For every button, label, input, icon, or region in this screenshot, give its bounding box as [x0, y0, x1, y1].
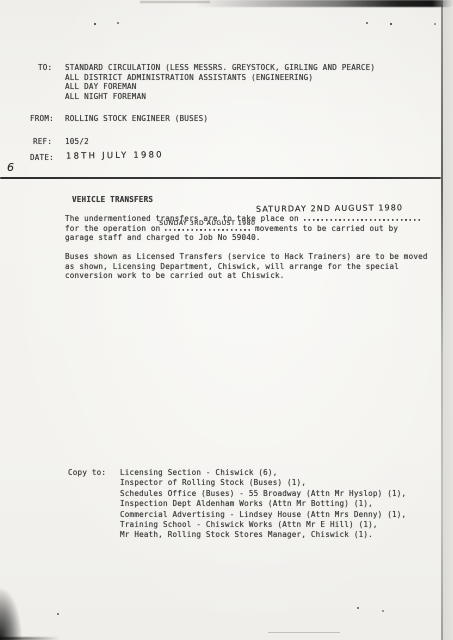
date-value-handwritten: 18TH JULY 1980	[66, 150, 164, 161]
memo-page: TO: STANDARD CIRCULATION (LESS MESSRS. G…	[0, 0, 453, 640]
scan-streak-bottom	[268, 632, 340, 633]
to-recipient-list: STANDARD CIRCULATION (LESS MESSRS. GREYS…	[65, 63, 375, 102]
copy-to-item: Inspection Dept Aldenham Works (Attn Mr …	[120, 499, 406, 509]
dotted-line-2: SUNDAY 3RD AUGUST 1980	[165, 223, 250, 231]
divider-rule	[0, 177, 441, 179]
scan-speck	[357, 607, 359, 609]
scan-speck	[434, 23, 436, 25]
scan-speck	[57, 613, 59, 615]
scan-smudge-top-faint	[140, 1, 210, 3]
to-recipient-line: ALL DAY FOREMAN	[65, 82, 375, 92]
to-recipient-line: STANDARD CIRCULATION (LESS MESSRS. GREYS…	[65, 63, 375, 73]
scan-speck	[382, 610, 384, 612]
to-label: TO:	[38, 63, 52, 73]
body-line: as shown, Licensing Department, Chiswick…	[65, 262, 428, 272]
body-line: Buses shown as Licensed Transfers (servi…	[65, 252, 428, 262]
copy-to-item: Training School - Chiswick Works (Attn M…	[120, 520, 406, 530]
scan-speck	[366, 22, 368, 24]
handwritten-date-1: SATURDAY 2ND AUGUST 1980	[256, 203, 403, 214]
body-line-3: garage staff and charged to Job No 59040…	[65, 233, 261, 243]
copy-to-item: Inspector of Rolling Stock (Buses) (1),	[120, 478, 406, 488]
scan-smudge-top	[195, 0, 453, 7]
page-number-note: 6	[7, 161, 15, 174]
copy-to-item: Commercial Advertising - Lindsey House (…	[120, 510, 406, 520]
page-edge-right-shade	[443, 0, 453, 640]
page-edge-right-line	[441, 5, 443, 640]
scan-smudge-bottom-left	[0, 588, 22, 640]
from-value: ROLLING STOCK ENGINEER (BUSES)	[65, 114, 208, 124]
copy-to-item: Licensing Section - Chiswick (6),	[120, 468, 406, 478]
handwritten-date-2: SUNDAY 3RD AUGUST 1980	[159, 219, 255, 229]
from-label: FROM:	[30, 114, 54, 124]
to-recipient-line: ALL DISTRICT ADMINISTRATION ASSISTANTS (…	[65, 73, 375, 83]
memo-title: VEHICLE TRANSFERS	[72, 195, 153, 205]
ref-value: 105/2	[65, 137, 89, 147]
date-label: DATE:	[30, 153, 54, 163]
scan-speck	[94, 23, 96, 25]
scan-speck	[117, 22, 119, 24]
body-line-2-typed-end: movements to be carried out by	[250, 224, 398, 233]
copy-to-label: Copy to:	[68, 468, 106, 478]
scan-speck	[390, 23, 392, 25]
copy-to-list: Licensing Section - Chiswick (6), Inspec…	[120, 468, 406, 541]
body-line: conversion work to be carried out at Chi…	[65, 271, 428, 281]
dotted-line-1: SATURDAY 2ND AUGUST 1980	[304, 213, 421, 221]
body-paragraph-2: Buses shown as Licensed Transfers (servi…	[65, 252, 428, 281]
copy-to-item: Mr Heath, Rolling Stock Stores Manager, …	[120, 530, 406, 540]
ref-label: REF:	[33, 137, 52, 147]
to-recipient-line: ALL NIGHT FOREMAN	[65, 92, 375, 102]
copy-to-item: Schedules Office (Buses) - 55 Broadway (…	[120, 489, 406, 499]
